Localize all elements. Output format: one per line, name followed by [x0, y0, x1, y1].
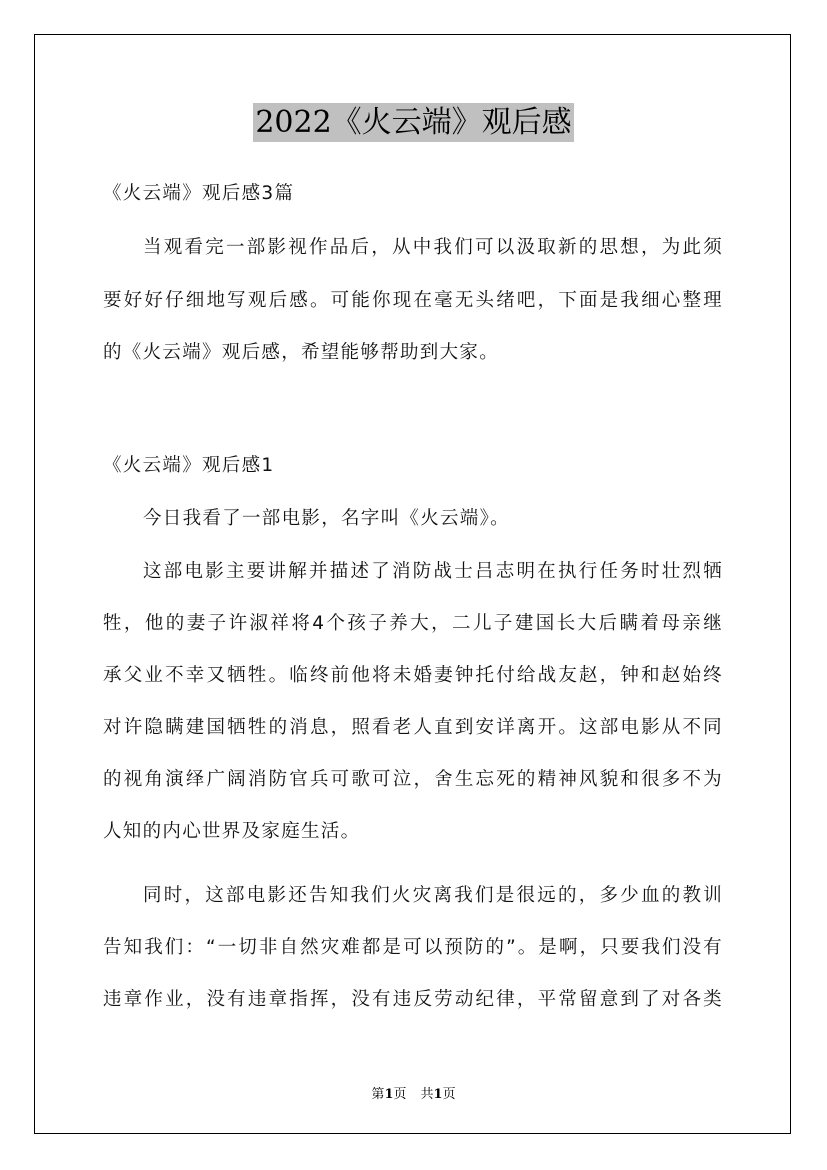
- document-title: 2022《火云端》观后感: [253, 103, 573, 142]
- total-suffix: 页: [443, 1087, 456, 1102]
- section1-para2-line-1: 这部电影主要讲解并描述了消防战士吕志明在执行任务时壮烈牺: [143, 560, 723, 584]
- section1-para3-line-2: 告知我们：“一切非自然灾难都是可以预防的”。是啊，只要我们没有: [103, 936, 723, 960]
- title-container: 2022《火云端》观后感: [0, 103, 827, 142]
- section1-para3-line-1: 同时，这部电影还告知我们火灾离我们是很远的，多少血的教训: [143, 884, 723, 908]
- page-footer: 第1页共1页: [0, 1083, 827, 1102]
- intro-line-1: 当观看完一部影视作品后，从中我们可以汲取新的思想，为此须: [143, 236, 723, 260]
- section1-para2-line-3: 承父业不幸又牺牲。临终前他将未婚妻钟托付给战友赵，钟和赵始终: [103, 664, 723, 688]
- section1-para2-line-5: 的视角演绎广阔消防官兵可歌可泣，舍生忘死的精神风貌和很多不为: [103, 768, 723, 792]
- section1-para2-line-2: 牲，他的妻子许淑祥将4个孩子养大，二儿子建国长大后瞒着母亲继: [103, 612, 723, 636]
- section1-para2-line-6: 人知的内心世界及家庭生活。: [103, 820, 733, 844]
- total-prefix: 共: [421, 1087, 434, 1102]
- intro-line-2: 要好好仔细地写观后感。可能你现在毫无头绪吧，下面是我细心整理: [103, 289, 723, 313]
- page-suffix: 页: [393, 1087, 406, 1102]
- page-total: 1: [434, 1087, 443, 1102]
- intro-line-3: 的《火云端》观后感，希望能够帮助到大家。: [103, 341, 733, 365]
- section1-para3-line-3: 违章作业，没有违章指挥，没有违反劳动纪律，平常留意到了对各类: [103, 988, 723, 1012]
- section1-para1-line-1: 今日我看了一部电影，名字叫《火云端》。: [143, 507, 773, 531]
- section1-para2-line-4: 对许隐瞒建国牺牲的消息，照看老人直到安详离开。这部电影从不同: [103, 716, 723, 740]
- main-heading: 《火云端》观后感3篇: [103, 182, 733, 206]
- section1-heading: 《火云端》观后感1: [103, 454, 733, 478]
- page-prefix: 第: [371, 1087, 384, 1102]
